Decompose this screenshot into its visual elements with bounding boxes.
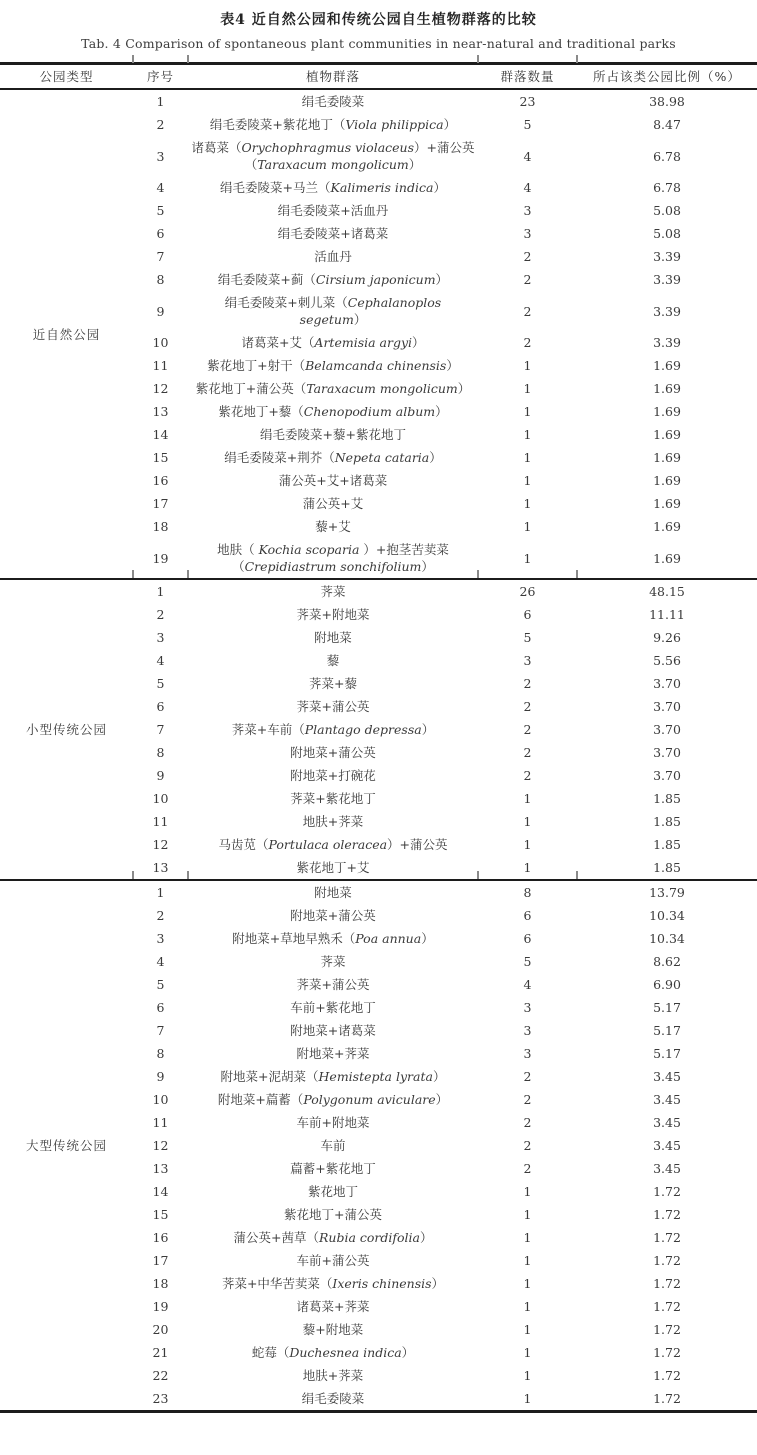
row-number-cell: 7 (133, 245, 188, 268)
row-number-cell: 1 (133, 89, 188, 113)
count-cell: 1 (478, 787, 577, 810)
row-number-cell: 19 (133, 1295, 188, 1318)
row-number-cell: 7 (133, 718, 188, 741)
count-cell: 6 (478, 927, 577, 950)
row-number-cell: 2 (133, 603, 188, 626)
count-cell: 2 (478, 695, 577, 718)
community-cell: 蒲公英+艾+诸葛菜 (188, 469, 478, 492)
percent-cell: 1.85 (577, 810, 757, 833)
row-number-cell: 10 (133, 1088, 188, 1111)
percent-cell: 3.70 (577, 672, 757, 695)
percent-cell: 5.56 (577, 649, 757, 672)
community-cell: 绢毛委陵菜+蓟（Cirsium japonicum） (188, 268, 478, 291)
community-cell: 蒲公英+茜草（Rubia cordifolia） (188, 1226, 478, 1249)
column-header-count: 群落数量 (478, 64, 577, 90)
latin-species-name: Kochia scoparia (259, 542, 360, 557)
row-number-cell: 8 (133, 268, 188, 291)
row-number-cell: 20 (133, 1318, 188, 1341)
row-number-cell: 16 (133, 1226, 188, 1249)
count-cell: 1 (478, 377, 577, 400)
count-cell: 1 (478, 354, 577, 377)
latin-species-name: Kalimeris indica (331, 180, 434, 195)
row-number-cell: 22 (133, 1364, 188, 1387)
percent-cell: 1.69 (577, 423, 757, 446)
community-cell: 荠菜+中华苦荬菜（Ixeris chinensis） (188, 1272, 478, 1295)
row-number-cell: 5 (133, 199, 188, 222)
percent-cell: 1.72 (577, 1341, 757, 1364)
count-cell: 1 (478, 515, 577, 538)
row-number-cell: 10 (133, 331, 188, 354)
percent-cell: 1.72 (577, 1249, 757, 1272)
count-cell: 3 (478, 649, 577, 672)
row-number-cell: 17 (133, 1249, 188, 1272)
row-number-cell: 3 (133, 136, 188, 176)
community-cell: 荠菜+蒲公英 (188, 695, 478, 718)
count-cell: 1 (478, 1318, 577, 1341)
row-number-cell: 10 (133, 787, 188, 810)
row-number-cell: 19 (133, 538, 188, 579)
percent-cell: 1.69 (577, 538, 757, 579)
count-cell: 1 (478, 492, 577, 515)
percent-cell: 1.72 (577, 1387, 757, 1412)
row-number-cell: 23 (133, 1387, 188, 1412)
percent-cell: 38.98 (577, 89, 757, 113)
latin-species-name: Nepeta cataria (335, 450, 430, 465)
row-number-cell: 18 (133, 1272, 188, 1295)
plant-communities-table: 公园类型 序号 植物群落 群落数量 所占该类公园比例（%） 近自然公园1绢毛委陵… (0, 62, 757, 1413)
community-cell: 荠菜+藜 (188, 672, 478, 695)
count-cell: 3 (478, 1019, 577, 1042)
percent-cell: 1.72 (577, 1180, 757, 1203)
percent-cell: 1.69 (577, 492, 757, 515)
table-title-cn: 表4 近自然公园和传统公园自生植物群落的比较 (0, 0, 757, 29)
community-cell: 地肤+荠菜 (188, 1364, 478, 1387)
community-cell: 蒲公英+艾 (188, 492, 478, 515)
row-number-cell: 12 (133, 1134, 188, 1157)
community-cell: 荠菜+附地菜 (188, 603, 478, 626)
community-cell: 马齿苋（Portulaca oleracea）+蒲公英 (188, 833, 478, 856)
latin-species-name: Viola philippica (345, 117, 443, 132)
community-cell: 藜+艾 (188, 515, 478, 538)
latin-species-name: Orychophragmus violaceus (241, 140, 414, 155)
community-cell: 附地菜+诸葛菜 (188, 1019, 478, 1042)
community-cell: 藜 (188, 649, 478, 672)
count-cell: 1 (478, 1203, 577, 1226)
table-row: 小型传统公园1荠菜2648.15 (0, 579, 757, 603)
community-cell: 紫花地丁+蒲公英 (188, 1203, 478, 1226)
count-cell: 23 (478, 89, 577, 113)
row-number-cell: 8 (133, 741, 188, 764)
count-cell: 2 (478, 1134, 577, 1157)
community-cell: 藜+附地菜 (188, 1318, 478, 1341)
count-cell: 8 (478, 880, 577, 904)
community-cell: 荠菜+车前（Plantago depressa） (188, 718, 478, 741)
community-cell: 附地菜+打碗花 (188, 764, 478, 787)
community-cell: 地肤+荠菜 (188, 810, 478, 833)
percent-cell: 1.85 (577, 856, 757, 880)
count-cell: 5 (478, 950, 577, 973)
count-cell: 1 (478, 538, 577, 579)
percent-cell: 3.70 (577, 695, 757, 718)
row-number-cell: 9 (133, 764, 188, 787)
row-number-cell: 6 (133, 222, 188, 245)
column-header-percent: 所占该类公园比例（%） (577, 64, 757, 90)
percent-cell: 1.72 (577, 1203, 757, 1226)
percent-cell: 1.69 (577, 377, 757, 400)
row-number-cell: 14 (133, 1180, 188, 1203)
paper-table-page: 表4 近自然公园和传统公园自生植物群落的比较 Tab. 4 Comparison… (0, 0, 757, 1455)
community-cell: 车前+附地菜 (188, 1111, 478, 1134)
community-cell: 绢毛委陵菜+紫花地丁（Viola philippica） (188, 113, 478, 136)
count-cell: 26 (478, 579, 577, 603)
row-number-cell: 12 (133, 377, 188, 400)
percent-cell: 3.70 (577, 718, 757, 741)
table-header-row: 公园类型 序号 植物群落 群落数量 所占该类公园比例（%） (0, 64, 757, 90)
row-number-cell: 13 (133, 856, 188, 880)
park-type-cell: 近自然公园 (0, 89, 133, 579)
community-cell: 附地菜+萹蓄（Polygonum aviculare） (188, 1088, 478, 1111)
latin-species-name: Duchesnea indica (289, 1345, 401, 1360)
latin-species-name: Belamcanda chinensis (305, 358, 446, 373)
row-number-cell: 21 (133, 1341, 188, 1364)
percent-cell: 3.70 (577, 764, 757, 787)
community-cell: 紫花地丁+射干（Belamcanda chinensis） (188, 354, 478, 377)
count-cell: 4 (478, 136, 577, 176)
percent-cell: 3.45 (577, 1065, 757, 1088)
row-number-cell: 17 (133, 492, 188, 515)
latin-species-name: Rubia cordifolia (319, 1230, 420, 1245)
row-number-cell: 5 (133, 672, 188, 695)
row-number-cell: 2 (133, 904, 188, 927)
community-cell: 绢毛委陵菜+诸葛菜 (188, 222, 478, 245)
community-cell: 附地菜 (188, 880, 478, 904)
table-title-en: Tab. 4 Comparison of spontaneous plant c… (0, 36, 757, 51)
count-cell: 2 (478, 741, 577, 764)
row-number-cell: 6 (133, 996, 188, 1019)
community-cell: 紫花地丁+艾 (188, 856, 478, 880)
row-number-cell: 3 (133, 927, 188, 950)
community-cell: 绢毛委陵菜+藜+紫花地丁 (188, 423, 478, 446)
community-cell: 车前+蒲公英 (188, 1249, 478, 1272)
column-header-park-type: 公园类型 (0, 64, 133, 90)
table-body: 近自然公园1绢毛委陵菜2338.982绢毛委陵菜+紫花地丁（Viola phil… (0, 89, 757, 1412)
row-number-cell: 15 (133, 1203, 188, 1226)
community-cell: 萹蓄+紫花地丁 (188, 1157, 478, 1180)
row-number-cell: 12 (133, 833, 188, 856)
count-cell: 5 (478, 626, 577, 649)
row-number-cell: 16 (133, 469, 188, 492)
community-cell: 附地菜 (188, 626, 478, 649)
latin-species-name: Artemisia argyi (314, 335, 412, 350)
count-cell: 1 (478, 856, 577, 880)
count-cell: 3 (478, 222, 577, 245)
percent-cell: 11.11 (577, 603, 757, 626)
row-number-cell: 4 (133, 950, 188, 973)
count-cell: 2 (478, 672, 577, 695)
percent-cell: 1.85 (577, 787, 757, 810)
row-number-cell: 18 (133, 515, 188, 538)
percent-cell: 1.72 (577, 1272, 757, 1295)
percent-cell: 10.34 (577, 904, 757, 927)
row-number-cell: 5 (133, 973, 188, 996)
percent-cell: 5.17 (577, 1019, 757, 1042)
percent-cell: 1.85 (577, 833, 757, 856)
count-cell: 5 (478, 113, 577, 136)
percent-cell: 3.39 (577, 331, 757, 354)
percent-cell: 1.72 (577, 1318, 757, 1341)
count-cell: 2 (478, 331, 577, 354)
percent-cell: 5.17 (577, 1042, 757, 1065)
latin-species-name: Taraxacum mongolicum (257, 157, 408, 172)
count-cell: 1 (478, 1341, 577, 1364)
community-cell: 诸葛菜+艾（Artemisia argyi） (188, 331, 478, 354)
row-number-cell: 8 (133, 1042, 188, 1065)
community-cell: 诸葛菜+荠菜 (188, 1295, 478, 1318)
percent-cell: 3.39 (577, 291, 757, 331)
community-cell: 绢毛委陵菜 (188, 89, 478, 113)
count-cell: 4 (478, 973, 577, 996)
column-header-no: 序号 (133, 64, 188, 90)
count-cell: 2 (478, 718, 577, 741)
row-number-cell: 13 (133, 400, 188, 423)
percent-cell: 5.08 (577, 199, 757, 222)
latin-species-name: Taraxacum mongolicum (306, 381, 457, 396)
community-cell: 车前 (188, 1134, 478, 1157)
latin-species-name: Cirsium japonicum (316, 272, 436, 287)
community-cell: 诸葛菜（Orychophragmus violaceus）+蒲公英（Taraxa… (188, 136, 478, 176)
row-number-cell: 11 (133, 1111, 188, 1134)
count-cell: 1 (478, 1387, 577, 1412)
row-number-cell: 13 (133, 1157, 188, 1180)
count-cell: 2 (478, 764, 577, 787)
latin-species-name: Cephalanoplos segetum (300, 295, 442, 327)
percent-cell: 1.69 (577, 469, 757, 492)
percent-cell: 6.90 (577, 973, 757, 996)
park-type-cell: 小型传统公园 (0, 579, 133, 880)
percent-cell: 3.39 (577, 268, 757, 291)
count-cell: 1 (478, 1249, 577, 1272)
community-cell: 绢毛委陵菜 (188, 1387, 478, 1412)
table-row: 大型传统公园1附地菜813.79 (0, 880, 757, 904)
percent-cell: 3.45 (577, 1157, 757, 1180)
community-cell: 附地菜+蒲公英 (188, 741, 478, 764)
row-number-cell: 9 (133, 291, 188, 331)
count-cell: 1 (478, 1180, 577, 1203)
row-number-cell: 15 (133, 446, 188, 469)
percent-cell: 1.69 (577, 354, 757, 377)
percent-cell: 1.69 (577, 400, 757, 423)
community-cell: 紫花地丁+蒲公英（Taraxacum mongolicum） (188, 377, 478, 400)
count-cell: 1 (478, 833, 577, 856)
community-cell: 紫花地丁 (188, 1180, 478, 1203)
count-cell: 1 (478, 400, 577, 423)
count-cell: 3 (478, 996, 577, 1019)
percent-cell: 5.08 (577, 222, 757, 245)
percent-cell: 1.72 (577, 1226, 757, 1249)
percent-cell: 1.69 (577, 446, 757, 469)
community-cell: 附地菜+蒲公英 (188, 904, 478, 927)
count-cell: 2 (478, 291, 577, 331)
count-cell: 1 (478, 810, 577, 833)
row-number-cell: 14 (133, 423, 188, 446)
percent-cell: 3.45 (577, 1134, 757, 1157)
count-cell: 1 (478, 1364, 577, 1387)
table-row: 近自然公园1绢毛委陵菜2338.98 (0, 89, 757, 113)
community-cell: 附地菜+泥胡菜（Hemistepta lyrata） (188, 1065, 478, 1088)
percent-cell: 3.45 (577, 1088, 757, 1111)
percent-cell: 1.72 (577, 1364, 757, 1387)
count-cell: 3 (478, 199, 577, 222)
percent-cell: 8.47 (577, 113, 757, 136)
community-cell: 荠菜+紫花地丁 (188, 787, 478, 810)
row-number-cell: 4 (133, 176, 188, 199)
row-number-cell: 9 (133, 1065, 188, 1088)
count-cell: 1 (478, 1272, 577, 1295)
count-cell: 2 (478, 268, 577, 291)
latin-species-name: Hemistepta lyrata (319, 1069, 433, 1084)
row-number-cell: 1 (133, 880, 188, 904)
row-number-cell: 3 (133, 626, 188, 649)
latin-species-name: Ixeris chinensis (332, 1276, 431, 1291)
count-cell: 1 (478, 1295, 577, 1318)
latin-species-name: Crepidiastrum sonchifolium (245, 559, 422, 574)
percent-cell: 10.34 (577, 927, 757, 950)
count-cell: 2 (478, 245, 577, 268)
count-cell: 4 (478, 176, 577, 199)
community-cell: 车前+紫花地丁 (188, 996, 478, 1019)
percent-cell: 9.26 (577, 626, 757, 649)
row-number-cell: 11 (133, 810, 188, 833)
community-cell: 活血丹 (188, 245, 478, 268)
percent-cell: 1.69 (577, 515, 757, 538)
count-cell: 6 (478, 904, 577, 927)
count-cell: 2 (478, 1065, 577, 1088)
community-cell: 蛇莓（Duchesnea indica） (188, 1341, 478, 1364)
community-cell: 绢毛委陵菜+马兰（Kalimeris indica） (188, 176, 478, 199)
row-number-cell: 11 (133, 354, 188, 377)
community-cell: 紫花地丁+藜（Chenopodium album） (188, 400, 478, 423)
count-cell: 2 (478, 1157, 577, 1180)
count-cell: 2 (478, 1111, 577, 1134)
percent-cell: 48.15 (577, 579, 757, 603)
percent-cell: 6.78 (577, 176, 757, 199)
community-cell: 荠菜 (188, 950, 478, 973)
count-cell: 1 (478, 1226, 577, 1249)
count-cell: 2 (478, 1088, 577, 1111)
percent-cell: 8.62 (577, 950, 757, 973)
row-number-cell: 2 (133, 113, 188, 136)
row-number-cell: 4 (133, 649, 188, 672)
latin-species-name: Portulaca oleracea (268, 837, 387, 852)
percent-cell: 13.79 (577, 880, 757, 904)
community-cell: 附地菜+草地早熟禾（Poa annua） (188, 927, 478, 950)
latin-species-name: Chenopodium album (304, 404, 435, 419)
count-cell: 6 (478, 603, 577, 626)
percent-cell: 5.17 (577, 996, 757, 1019)
count-cell: 1 (478, 423, 577, 446)
row-number-cell: 1 (133, 579, 188, 603)
latin-species-name: Plantago depressa (305, 722, 422, 737)
community-cell: 荠菜+蒲公英 (188, 973, 478, 996)
community-cell: 荠菜 (188, 579, 478, 603)
percent-cell: 3.39 (577, 245, 757, 268)
community-cell: 附地菜+荠菜 (188, 1042, 478, 1065)
row-number-cell: 7 (133, 1019, 188, 1042)
latin-species-name: Poa annua (355, 931, 421, 946)
column-header-community: 植物群落 (188, 64, 478, 90)
percent-cell: 3.70 (577, 741, 757, 764)
park-type-cell: 大型传统公园 (0, 880, 133, 1412)
percent-cell: 6.78 (577, 136, 757, 176)
count-cell: 1 (478, 446, 577, 469)
community-cell: 地肤（ Kochia scoparia ）+抱茎苦荬菜（Crepidiastru… (188, 538, 478, 579)
row-number-cell: 6 (133, 695, 188, 718)
percent-cell: 3.45 (577, 1111, 757, 1134)
community-cell: 绢毛委陵菜+荆芥（Nepeta cataria） (188, 446, 478, 469)
count-cell: 3 (478, 1042, 577, 1065)
community-cell: 绢毛委陵菜+刺儿菜（Cephalanoplos segetum） (188, 291, 478, 331)
community-cell: 绢毛委陵菜+活血丹 (188, 199, 478, 222)
latin-species-name: Polygonum aviculare (303, 1092, 435, 1107)
count-cell: 1 (478, 469, 577, 492)
percent-cell: 1.72 (577, 1295, 757, 1318)
